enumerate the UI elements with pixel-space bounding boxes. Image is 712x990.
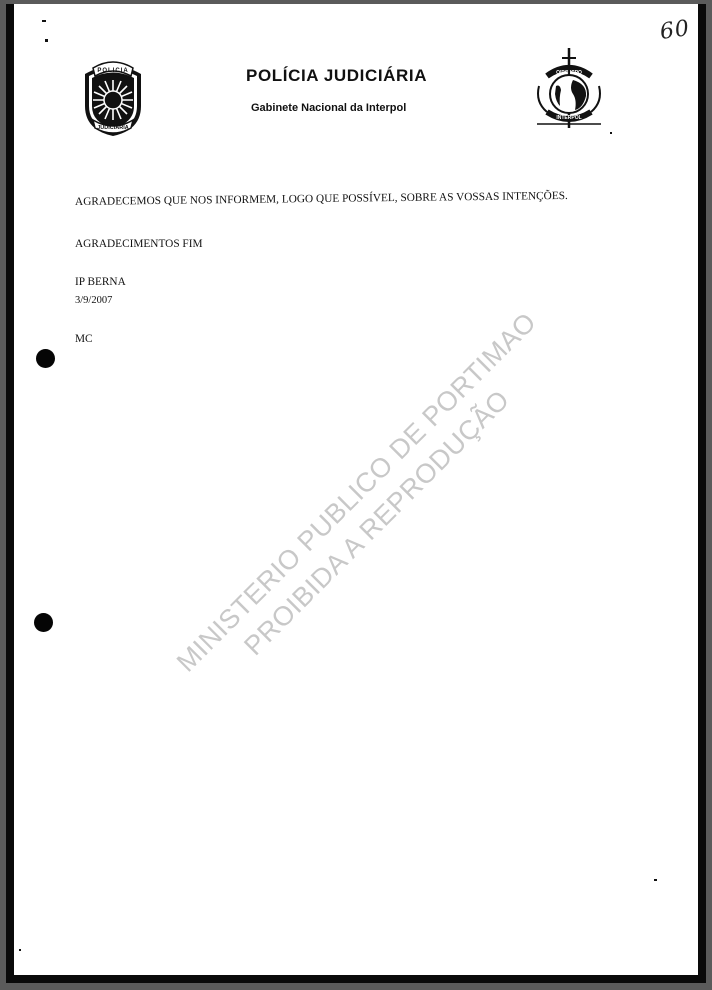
svg-text:POLICIA: POLICIA bbox=[97, 68, 128, 74]
document-page: 60 POLICIA JUDICIÁRIA POLÍCIA JUDICIÁRIA… bbox=[14, 4, 698, 975]
interpol-emblem-icon: OIPC ICPO INTERPOL bbox=[529, 46, 609, 132]
scan-speck bbox=[45, 39, 48, 42]
scan-speck bbox=[654, 879, 657, 881]
policia-judiciaria-emblem-icon: POLICIA JUDICIÁRIA bbox=[79, 56, 147, 138]
scan-speck bbox=[19, 949, 21, 951]
watermark: MINISTERIO PUBLICO DE PORTIMAO PROIBIDA … bbox=[169, 315, 559, 705]
watermark-line-2: PROIBIDA A REPRODUÇÃO bbox=[194, 340, 559, 705]
punch-hole bbox=[34, 613, 53, 632]
body-line-initials: MC bbox=[75, 333, 93, 345]
handwritten-page-number: 60 bbox=[658, 16, 691, 45]
scan-speck bbox=[42, 20, 46, 22]
header-title: POLÍCIA JUDICIÁRIA bbox=[246, 66, 427, 86]
punch-hole bbox=[36, 349, 55, 368]
page-edge-bottom bbox=[6, 975, 706, 983]
svg-text:INTERPOL: INTERPOL bbox=[556, 115, 581, 121]
watermark-line-1: MINISTERIO PUBLICO DE PORTIMAO bbox=[169, 315, 534, 680]
header-subtitle: Gabinete Nacional da Interpol bbox=[251, 102, 406, 114]
page-edge-right bbox=[698, 4, 706, 983]
body-line-request: AGRADECEMOS QUE NOS INFORMEM, LOGO QUE P… bbox=[75, 190, 568, 208]
body-line-date: 3/9/2007 bbox=[75, 295, 112, 306]
scan-speck bbox=[610, 132, 612, 134]
svg-text:JUDICIÁRIA: JUDICIÁRIA bbox=[97, 124, 129, 131]
page-edge-left bbox=[6, 4, 14, 982]
body-line-sender: IP BERNA bbox=[75, 276, 126, 288]
body-line-closing: AGRADECIMENTOS FIM bbox=[75, 238, 203, 250]
